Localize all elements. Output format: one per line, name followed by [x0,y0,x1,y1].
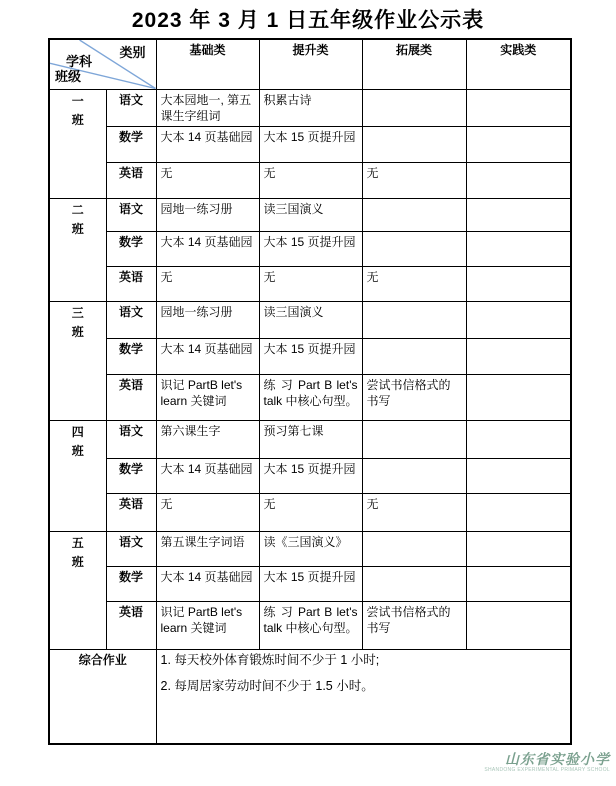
school-watermark: 山东省实验小学 SHANDONG EXPERIMENTAL PRIMARY SC… [484,753,610,774]
homework-cell [466,301,571,338]
homework-cell: 大本 14 页基础园 [156,566,259,601]
homework-cell: 无 [156,162,259,198]
table-row: 五班 语文 第五课生字词语 读《三国演义》 [49,531,571,566]
homework-cell: 无 [259,266,362,301]
summary-content-cell: 1. 每天校外体育锻炼时间不少于 1 小时; 2. 每周居家劳动时间不少于 1.… [156,649,571,744]
table-row: 数学 大本 14 页基础园 大本 15 页提升园 [49,231,571,266]
column-header-practice: 实践类 [466,39,571,89]
class-cell: 二班 [49,198,106,301]
homework-cell [362,566,466,601]
subject-cell: 语文 [106,301,156,338]
homework-cell: 第五课生字词语 [156,531,259,566]
corner-header-cell: 类别 学科 班级 [49,39,156,89]
subject-cell: 英语 [106,266,156,301]
homework-cell [362,198,466,231]
homework-cell: 大本 14 页基础园 [156,231,259,266]
column-header-expand: 拓展类 [362,39,466,89]
homework-cell [362,420,466,458]
homework-cell: 尝试书信格式的书写 [362,374,466,420]
summary-line-1: 1. 每天校外体育锻炼时间不少于 1 小时; [161,652,567,669]
homework-cell [466,601,571,649]
homework-cell [466,374,571,420]
homework-cell: 无 [156,266,259,301]
table-row: 一班 语文 大本园地一, 第五课生字组词 积累古诗 [49,89,571,126]
table-row: 四班 语文 第六课生字 预习第七课 [49,420,571,458]
homework-cell: 大本 14 页基础园 [156,126,259,162]
subject-cell: 语文 [106,89,156,126]
homework-cell: 无 [362,162,466,198]
homework-cell [466,89,571,126]
table-row: 数学 大本 14 页基础园 大本 15 页提升园 [49,126,571,162]
homework-cell [362,301,466,338]
subject-cell: 英语 [106,601,156,649]
class-cell: 三班 [49,301,106,420]
homework-cell [362,89,466,126]
homework-cell: 无 [156,493,259,531]
homework-cell [466,231,571,266]
homework-cell: 大本 15 页提升园 [259,566,362,601]
subject-cell: 数学 [106,338,156,374]
class-cell: 四班 [49,420,106,531]
homework-cell [466,493,571,531]
homework-cell: 练 习 Part B let's talk 中核心句型。 [259,601,362,649]
homework-cell: 大本 14 页基础园 [156,338,259,374]
table-row: 三班 语文 园地一练习册 读三国演义 [49,301,571,338]
homework-cell: 读三国演义 [259,198,362,231]
homework-cell [362,338,466,374]
homework-cell: 无 [259,162,362,198]
summary-line-2: 2. 每周居家劳动时间不少于 1.5 小时。 [161,678,567,695]
homework-cell: 读《三国演义》 [259,531,362,566]
subject-cell: 语文 [106,198,156,231]
homework-cell: 预习第七课 [259,420,362,458]
homework-cell: 大本园地一, 第五课生字组词 [156,89,259,126]
subject-cell: 语文 [106,420,156,458]
summary-label-cell: 综合作业 [49,649,156,744]
homework-table: 类别 学科 班级 基础类 提升类 拓展类 实践类 一班 语文 大本园地一, 第五… [48,38,572,745]
table-row: 英语 无 无 无 [49,266,571,301]
homework-cell: 大本 15 页提升园 [259,338,362,374]
subject-cell: 数学 [106,231,156,266]
homework-cell [362,458,466,493]
homework-cell: 识记 PartB let's learn 关键词 [156,374,259,420]
homework-cell: 尝试书信格式的书写 [362,601,466,649]
table-row: 英语 无 无 无 [49,493,571,531]
homework-cell: 读三国演义 [259,301,362,338]
subject-cell: 英语 [106,162,156,198]
homework-cell [466,162,571,198]
homework-cell: 练 习 Part B let's talk 中核心句型。 [259,374,362,420]
homework-cell: 识记 PartB let's learn 关键词 [156,601,259,649]
summary-row: 综合作业 1. 每天校外体育锻炼时间不少于 1 小时; 2. 每周居家劳动时间不… [49,649,571,744]
table-row: 二班 语文 园地一练习册 读三国演义 [49,198,571,231]
homework-cell: 大本 15 页提升园 [259,458,362,493]
homework-cell [466,126,571,162]
table-row: 数学 大本 14 页基础园 大本 15 页提升园 [49,338,571,374]
school-name-en: SHANDONG EXPERIMENTAL PRIMARY SCHOOL [484,768,610,774]
table-row: 数学 大本 14 页基础园 大本 15 页提升园 [49,566,571,601]
subject-cell: 英语 [106,493,156,531]
class-cell: 一班 [49,89,106,198]
table-row: 数学 大本 14 页基础园 大本 15 页提升园 [49,458,571,493]
column-header-improve: 提升类 [259,39,362,89]
homework-cell [362,531,466,566]
homework-cell: 无 [362,493,466,531]
column-header-basic: 基础类 [156,39,259,89]
corner-label-class: 班级 [55,68,81,86]
homework-cell [362,231,466,266]
table-row: 英语 识记 PartB let's learn 关键词 练 习 Part B l… [49,601,571,649]
subject-cell: 数学 [106,458,156,493]
homework-cell [466,566,571,601]
homework-cell: 第六课生字 [156,420,259,458]
homework-cell: 园地一练习册 [156,301,259,338]
table-row: 英语 识记 PartB let's learn 关键词 练 习 Part B l… [49,374,571,420]
homework-cell: 大本 14 页基础园 [156,458,259,493]
school-name-cn: 山东省实验小学 [484,753,610,768]
header-row: 类别 学科 班级 基础类 提升类 拓展类 实践类 [49,39,571,89]
subject-cell: 语文 [106,531,156,566]
subject-cell: 数学 [106,566,156,601]
homework-cell: 无 [362,266,466,301]
subject-cell: 英语 [106,374,156,420]
homework-cell [466,420,571,458]
homework-cell [466,338,571,374]
homework-cell [362,126,466,162]
homework-cell: 大本 15 页提升园 [259,126,362,162]
homework-cell [466,458,571,493]
homework-cell: 园地一练习册 [156,198,259,231]
homework-cell: 积累古诗 [259,89,362,126]
corner-label-category: 类别 [119,44,145,62]
homework-cell: 无 [259,493,362,531]
page-title: 2023 年 3 月 1 日五年级作业公示表 [0,4,616,34]
subject-cell: 数学 [106,126,156,162]
table-row: 英语 无 无 无 [49,162,571,198]
homework-cell [466,198,571,231]
homework-cell [466,266,571,301]
homework-cell [466,531,571,566]
homework-cell: 大本 15 页提升园 [259,231,362,266]
class-cell: 五班 [49,531,106,649]
